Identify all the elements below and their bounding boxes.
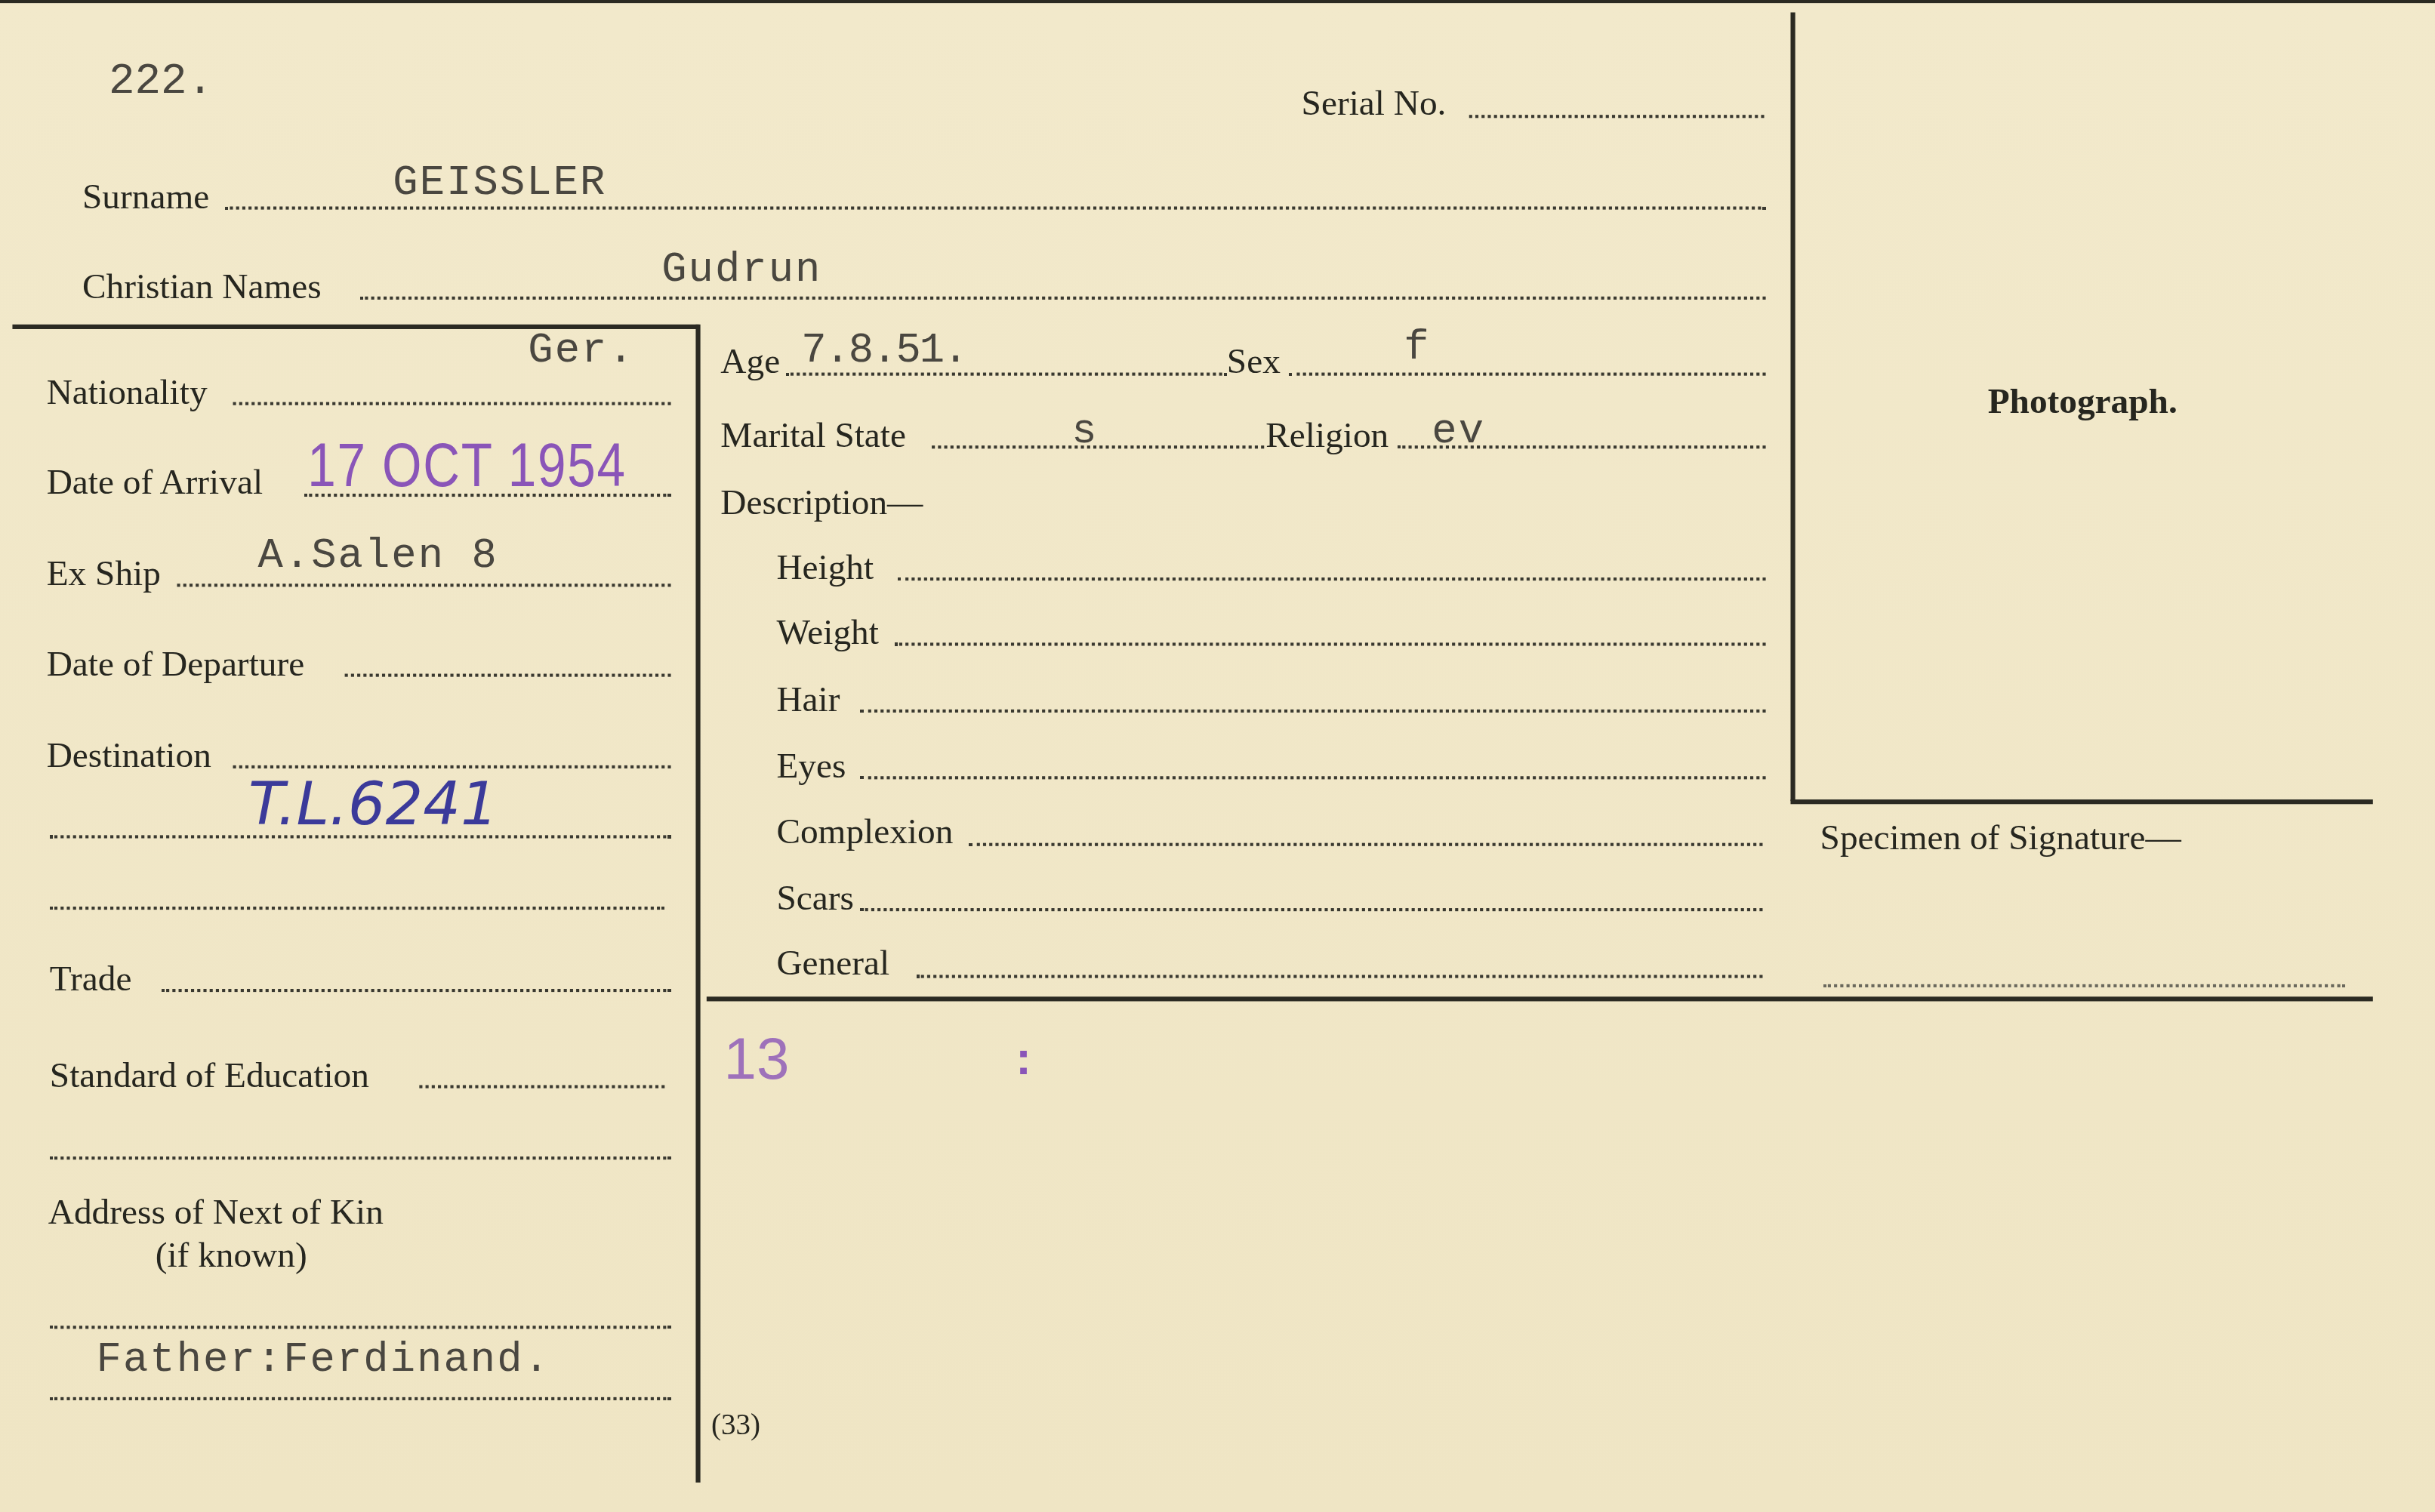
christian-names-label: Christian Names — [82, 267, 322, 307]
hair-field[interactable] — [860, 710, 1765, 713]
age-value: 7.8.51. — [801, 329, 966, 376]
sex-label: Sex — [1227, 341, 1281, 381]
ex-ship-label: Ex Ship — [47, 554, 161, 594]
next-of-kin-label: Address of Next of Kin — [48, 1192, 384, 1232]
scars-label: Scars — [776, 879, 853, 919]
surname-label: Surname — [82, 177, 209, 217]
general-label: General — [776, 944, 889, 984]
eyes-field[interactable] — [860, 776, 1765, 779]
complexion-field[interactable] — [969, 843, 1762, 846]
form-number: (33) — [711, 1409, 760, 1443]
serial-no-label: Serial No. — [1302, 84, 1447, 124]
sex-field[interactable] — [1289, 373, 1765, 376]
signature-label: Specimen of Signature— — [1820, 818, 2181, 858]
scars-field[interactable] — [860, 908, 1762, 911]
date-of-arrival-stamp: 17 OCT 1954 — [307, 432, 626, 502]
date-of-departure-field[interactable] — [345, 674, 671, 677]
next-of-kin-field-line-2[interactable] — [50, 1397, 671, 1400]
education-field-line-2[interactable] — [50, 1156, 671, 1159]
card-number: 222. — [109, 59, 213, 107]
nationality-value: Ger. — [528, 329, 635, 376]
destination-label: Destination — [47, 736, 211, 776]
record-card-stage: 222. Serial No. Surname GEISSLER Christi… — [0, 0, 2435, 1512]
ex-ship-field[interactable] — [177, 584, 670, 587]
destination-field-line-1[interactable] — [233, 765, 671, 768]
next-of-kin-value: Father:Ferdinand. — [97, 1338, 551, 1385]
religion-label: Religion — [1265, 416, 1389, 456]
next-of-kin-sublabel: (if known) — [156, 1236, 307, 1276]
nationality-label: Nationality — [47, 373, 208, 413]
description-bottom-rule — [707, 996, 2373, 1001]
trade-label: Trade — [50, 959, 132, 999]
height-field[interactable] — [898, 577, 1766, 580]
education-label: Standard of Education — [50, 1055, 369, 1095]
general-field[interactable] — [917, 975, 1763, 978]
christian-names-value: Gudrun — [661, 248, 821, 295]
stamp-mark: : — [1016, 1034, 1031, 1087]
signature-field[interactable] — [1823, 984, 2345, 987]
sex-value: f — [1404, 326, 1430, 373]
age-label: Age — [720, 341, 780, 381]
height-label: Height — [776, 548, 874, 588]
stamp-number: 13 — [723, 1027, 789, 1094]
christian-names-field[interactable] — [360, 297, 1765, 300]
surname-value: GEISSLER — [393, 162, 606, 208]
ex-ship-value: A.Salen 8 — [257, 534, 498, 580]
religion-value: ev — [1432, 410, 1485, 457]
description-label: Description— — [720, 483, 923, 523]
destination-field-line-3[interactable] — [50, 907, 664, 910]
date-of-arrival-label: Date of Arrival — [47, 463, 263, 503]
immigration-record-card: 222. Serial No. Surname GEISSLER Christi… — [0, 0, 2435, 1512]
left-column-divider — [695, 325, 700, 1483]
serial-no-field[interactable] — [1469, 115, 1765, 118]
education-field-line-1[interactable] — [419, 1085, 664, 1088]
complexion-label: Complexion — [776, 812, 953, 852]
photo-box-bottom-rule — [1790, 799, 2372, 804]
trade-field[interactable] — [162, 989, 671, 992]
destination-field-line-2[interactable] — [50, 835, 671, 838]
hair-label: Hair — [776, 680, 840, 720]
nationality-field[interactable] — [233, 402, 671, 405]
date-of-departure-label: Date of Departure — [47, 644, 304, 684]
weight-label: Weight — [776, 613, 878, 653]
next-of-kin-field-line-1[interactable] — [50, 1326, 671, 1329]
destination-handwritten-value: T.L.6241 — [248, 770, 498, 838]
marital-state-label: Marital State — [720, 416, 906, 456]
photograph-box — [1795, 12, 2373, 799]
eyes-label: Eyes — [776, 747, 846, 787]
marital-state-value: s — [1071, 410, 1098, 457]
weight-field[interactable] — [895, 642, 1766, 645]
